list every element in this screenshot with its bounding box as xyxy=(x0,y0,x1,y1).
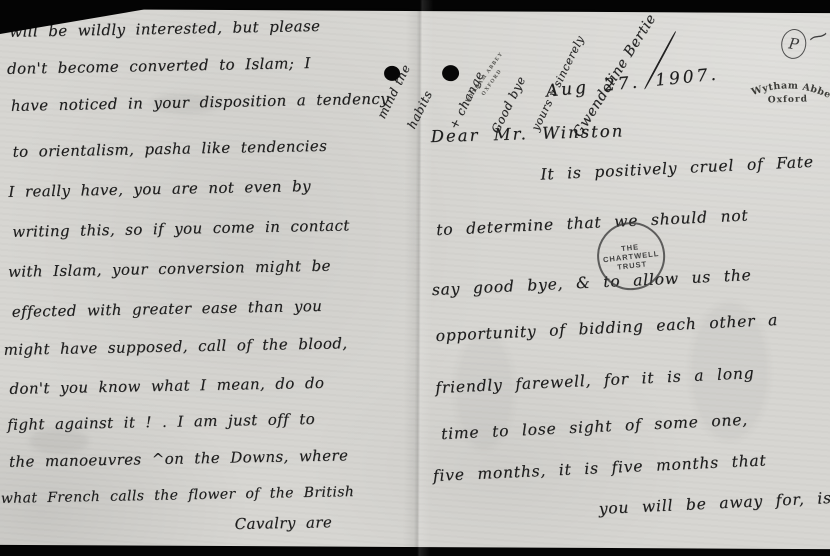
handwritten-line: to determine that we should not xyxy=(436,207,749,239)
handwritten-line: Cavalry are xyxy=(235,514,333,532)
handwritten-line: don't become converted to Islam; I xyxy=(7,55,311,77)
stamp-line: TRUST xyxy=(617,259,648,271)
handwritten-line: to orientalism, pasha like tendencies xyxy=(13,138,328,161)
handwritten-line: five months, it is five months that xyxy=(433,452,767,485)
annotation-letter: P xyxy=(788,36,800,52)
letterhead-wytham-abbey: Wytham Abbey Oxford xyxy=(743,76,830,105)
handwritten-line: It is positively cruel of Fate xyxy=(540,154,814,184)
letter-paper: will be wildly interested, but please do… xyxy=(0,9,830,549)
circled-p-annotation: P xyxy=(779,27,808,60)
handwritten-line: writing this, so if you come in contact xyxy=(12,217,350,240)
letter-scan-canvas: will be wildly interested, but please do… xyxy=(0,0,830,556)
letter-salutation: Dear Mr. Winston xyxy=(430,122,624,146)
punch-hole xyxy=(442,65,459,81)
handwritten-line: with Islam, your conversion might be xyxy=(8,258,331,281)
handwritten-line: say good bye, & to allow us the xyxy=(432,267,752,299)
check-tick-annotation: ~ xyxy=(804,24,830,49)
punch-hole xyxy=(384,66,400,81)
letter-content: will be wildly interested, but please do… xyxy=(0,0,830,556)
handwritten-line: effected with greater ease than you xyxy=(12,298,323,320)
handwritten-line: might have supposed, call of the blood, xyxy=(3,335,347,358)
handwritten-line: fight against it ! . I am just off to xyxy=(7,411,315,433)
page-fold-gutter xyxy=(403,0,434,556)
handwritten-line: I really have, you are not even by xyxy=(8,178,311,200)
handwritten-line: what French calls the flower of the Brit… xyxy=(1,485,355,507)
handwritten-line: don't you know what I mean, do do xyxy=(9,375,324,398)
handwritten-line: have noticed in your disposition a tende… xyxy=(11,91,389,115)
handwritten-line: you will be away for, is xyxy=(598,490,830,518)
letterhead-line2: Oxford xyxy=(743,95,830,107)
